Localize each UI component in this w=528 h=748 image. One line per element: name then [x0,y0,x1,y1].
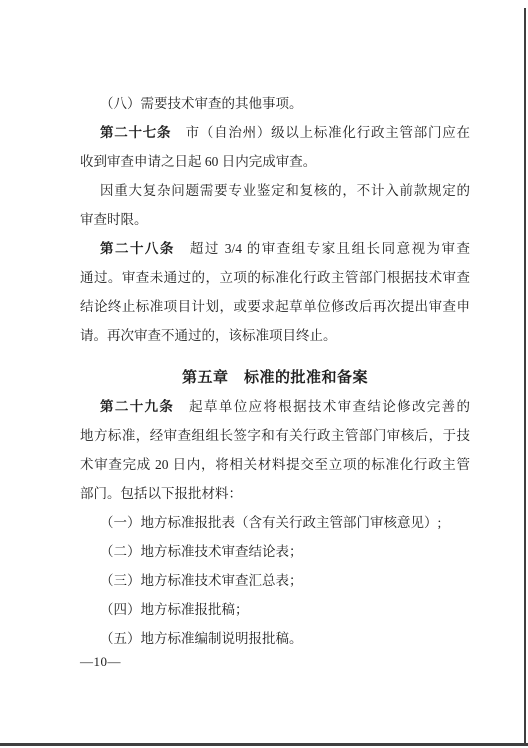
text-line: （四）地方标准报批稿； [80,595,470,624]
line-text: 超过 3/4 的审查组专家且组长同意视为审查 [175,241,470,256]
line-text: 起草单位应将根据技术审查结论修改完善的 [174,399,470,414]
text-line: （二）地方标准技术审查结论表； [80,537,470,566]
line-text: 术审查完成 20 日内，将相关材料提交至立项的标准化行政主管 [80,457,470,472]
text-line: 结论终止标准项目计划，或要求起草单位修改后再次提出审查申 [80,292,470,321]
line-text: （八）需要技术审查的其他事项。 [100,96,303,111]
line-text: 通过。审查未通过的，立项的标准化行政主管部门根据技术审查 [80,270,470,285]
line-text: （三）地方标准技术审查汇总表； [100,573,303,588]
line-text: （四）地方标准报批稿； [100,602,249,617]
text-line: 通过。审查未通过的，立项的标准化行政主管部门根据技术审查 [80,263,470,292]
line-text: 市（自治州）级以上标准化行政主管部门应在 [171,125,470,140]
page-edge-bottom [0,743,528,746]
line-text: 结论终止标准项目计划，或要求起草单位修改后再次提出审查申 [80,299,470,314]
line-text: 部门。包括以下报批材料： [80,486,242,501]
article-number: 第二十七条 [100,125,171,140]
text-line: 地方标准，经审查组组长签字和有关行政主管部门审核后，于技 [80,421,470,450]
text-line: 因重大复杂问题需要专业鉴定和复核的，不计入前款规定的 [80,176,470,205]
text-line: 第二十七条 市（自治州）级以上标准化行政主管部门应在 [80,118,470,147]
article-number: 第二十九条 [100,399,174,414]
page-edge-right [524,8,526,746]
document-body: （八）需要技术审查的其他事项。第二十七条 市（自治州）级以上标准化行政主管部门应… [80,89,470,653]
text-line: 第二十八条 超过 3/4 的审查组专家且组长同意视为审查 [80,234,470,263]
article-number: 第二十八条 [100,241,175,256]
text-line: （三）地方标准技术审查汇总表； [80,566,470,595]
line-text: 收到审查申请之日起 60 日内完成审查。 [80,154,316,169]
chapter-heading-text: 第五章 标准的批准和备案 [182,369,368,386]
line-text: 地方标准，经审查组组长签字和有关行政主管部门审核后，于技 [80,428,470,443]
line-text: （二）地方标准技术审查结论表； [100,544,303,559]
text-line: （五）地方标准编制说明报批稿。 [80,624,470,653]
text-line: 部门。包括以下报批材料： [80,479,470,508]
line-text: 审查时限。 [80,212,148,227]
text-line: （八）需要技术审查的其他事项。 [80,89,470,118]
chapter-heading: 第五章 标准的批准和备案 [80,363,470,392]
text-line: 请。再次审查不通过的，该标准项目终止。 [80,321,470,350]
text-line: （一）地方标准报批表（含有关行政主管部门审核意见）; [80,508,470,537]
line-text: （五）地方标准编制说明报批稿。 [100,631,303,646]
document-page: （八）需要技术审查的其他事项。第二十七条 市（自治州）级以上标准化行政主管部门应… [0,0,528,748]
text-line: 审查时限。 [80,205,470,234]
line-text: （一）地方标准报批表（含有关行政主管部门审核意见）; [100,515,441,530]
text-line: 收到审查申请之日起 60 日内完成审查。 [80,147,470,176]
line-text: 请。再次审查不通过的，该标准项目终止。 [80,328,337,343]
text-line: 术审查完成 20 日内，将相关材料提交至立项的标准化行政主管 [80,450,470,479]
text-line: 第二十九条 起草单位应将根据技术审查结论修改完善的 [80,392,470,421]
line-text: 因重大复杂问题需要专业鉴定和复核的，不计入前款规定的 [100,183,470,198]
page-number: —10— [80,652,121,672]
